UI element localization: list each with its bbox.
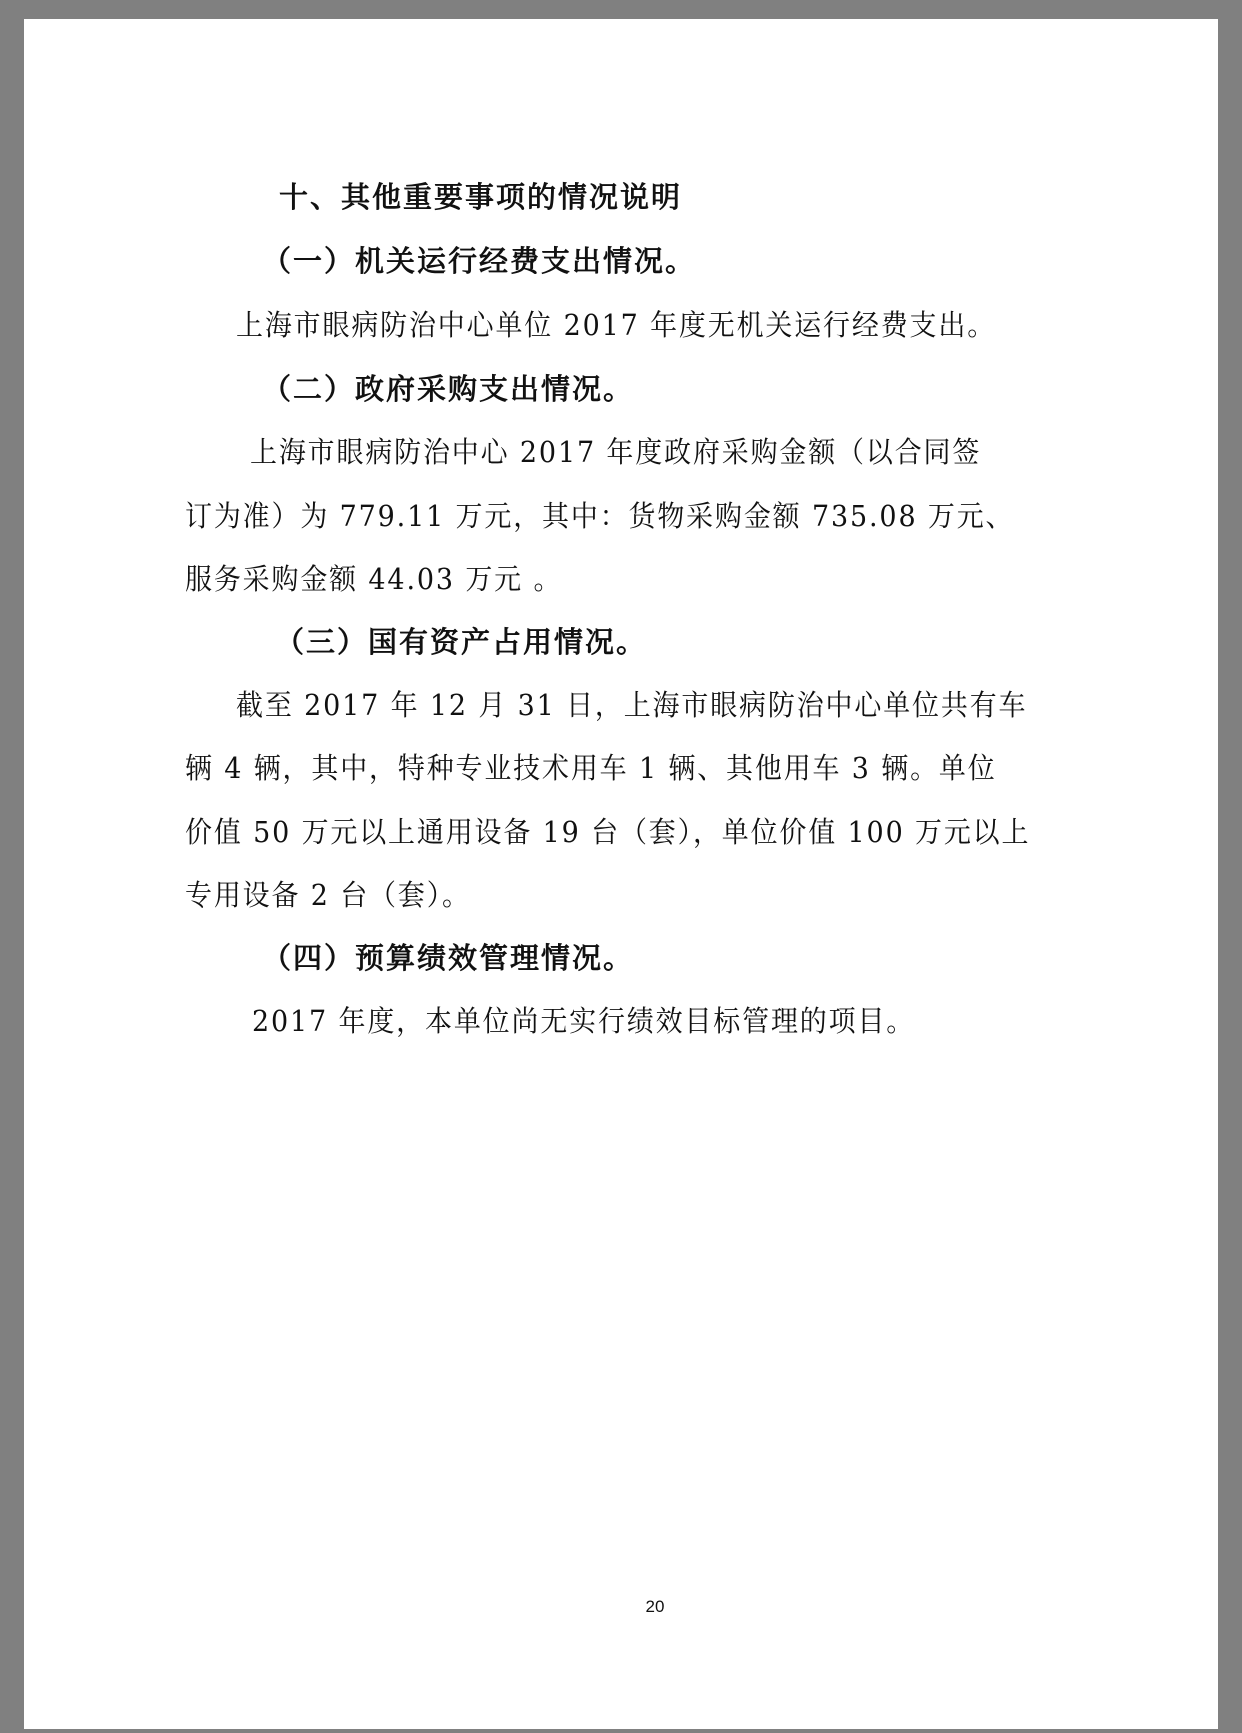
paragraph-line: 订为准）为 779.11 万元，其中：货物采购金额 735.08 万元、 xyxy=(185,498,1014,534)
paragraph-line: 服务采购金额 44.03 万元 。 xyxy=(185,561,562,597)
paragraph-line: 截至 2017 年 12 月 31 日，上海市眼病防治中心单位共有车 xyxy=(236,687,1027,723)
paragraph-line: 上海市眼病防治中心 2017 年度政府采购金额（以合同签 xyxy=(250,434,981,470)
subsection-heading-2: （二）政府采购支出情况。 xyxy=(262,371,634,407)
paragraph-line: 2017 年度，本单位尚无实行绩效目标管理的项目。 xyxy=(252,1003,915,1039)
page-number: 20 xyxy=(625,1597,685,1617)
paragraph-line: 专用设备 2 台（套）。 xyxy=(185,877,471,913)
paragraph-line: 价值 50 万元以上通用设备 19 台（套），单位价值 100 万元以上 xyxy=(185,814,1030,850)
paragraph-line: 辆 4 辆，其中，特种专业技术用车 1 辆、其他用车 3 辆。单位 xyxy=(185,750,997,786)
document-page: 十、其他重要事项的情况说明 （一）机关运行经费支出情况。 上海市眼病防治中心单位… xyxy=(24,19,1218,1729)
subsection-heading-4: （四）预算绩效管理情况。 xyxy=(262,940,634,976)
paragraph-line: 上海市眼病防治中心单位 2017 年度无机关运行经费支出。 xyxy=(236,307,996,343)
subsection-heading-1: （一）机关运行经费支出情况。 xyxy=(262,243,696,279)
section-title: 十、其他重要事项的情况说明 xyxy=(279,179,682,215)
subsection-heading-3: （三）国有资产占用情况。 xyxy=(275,624,647,660)
